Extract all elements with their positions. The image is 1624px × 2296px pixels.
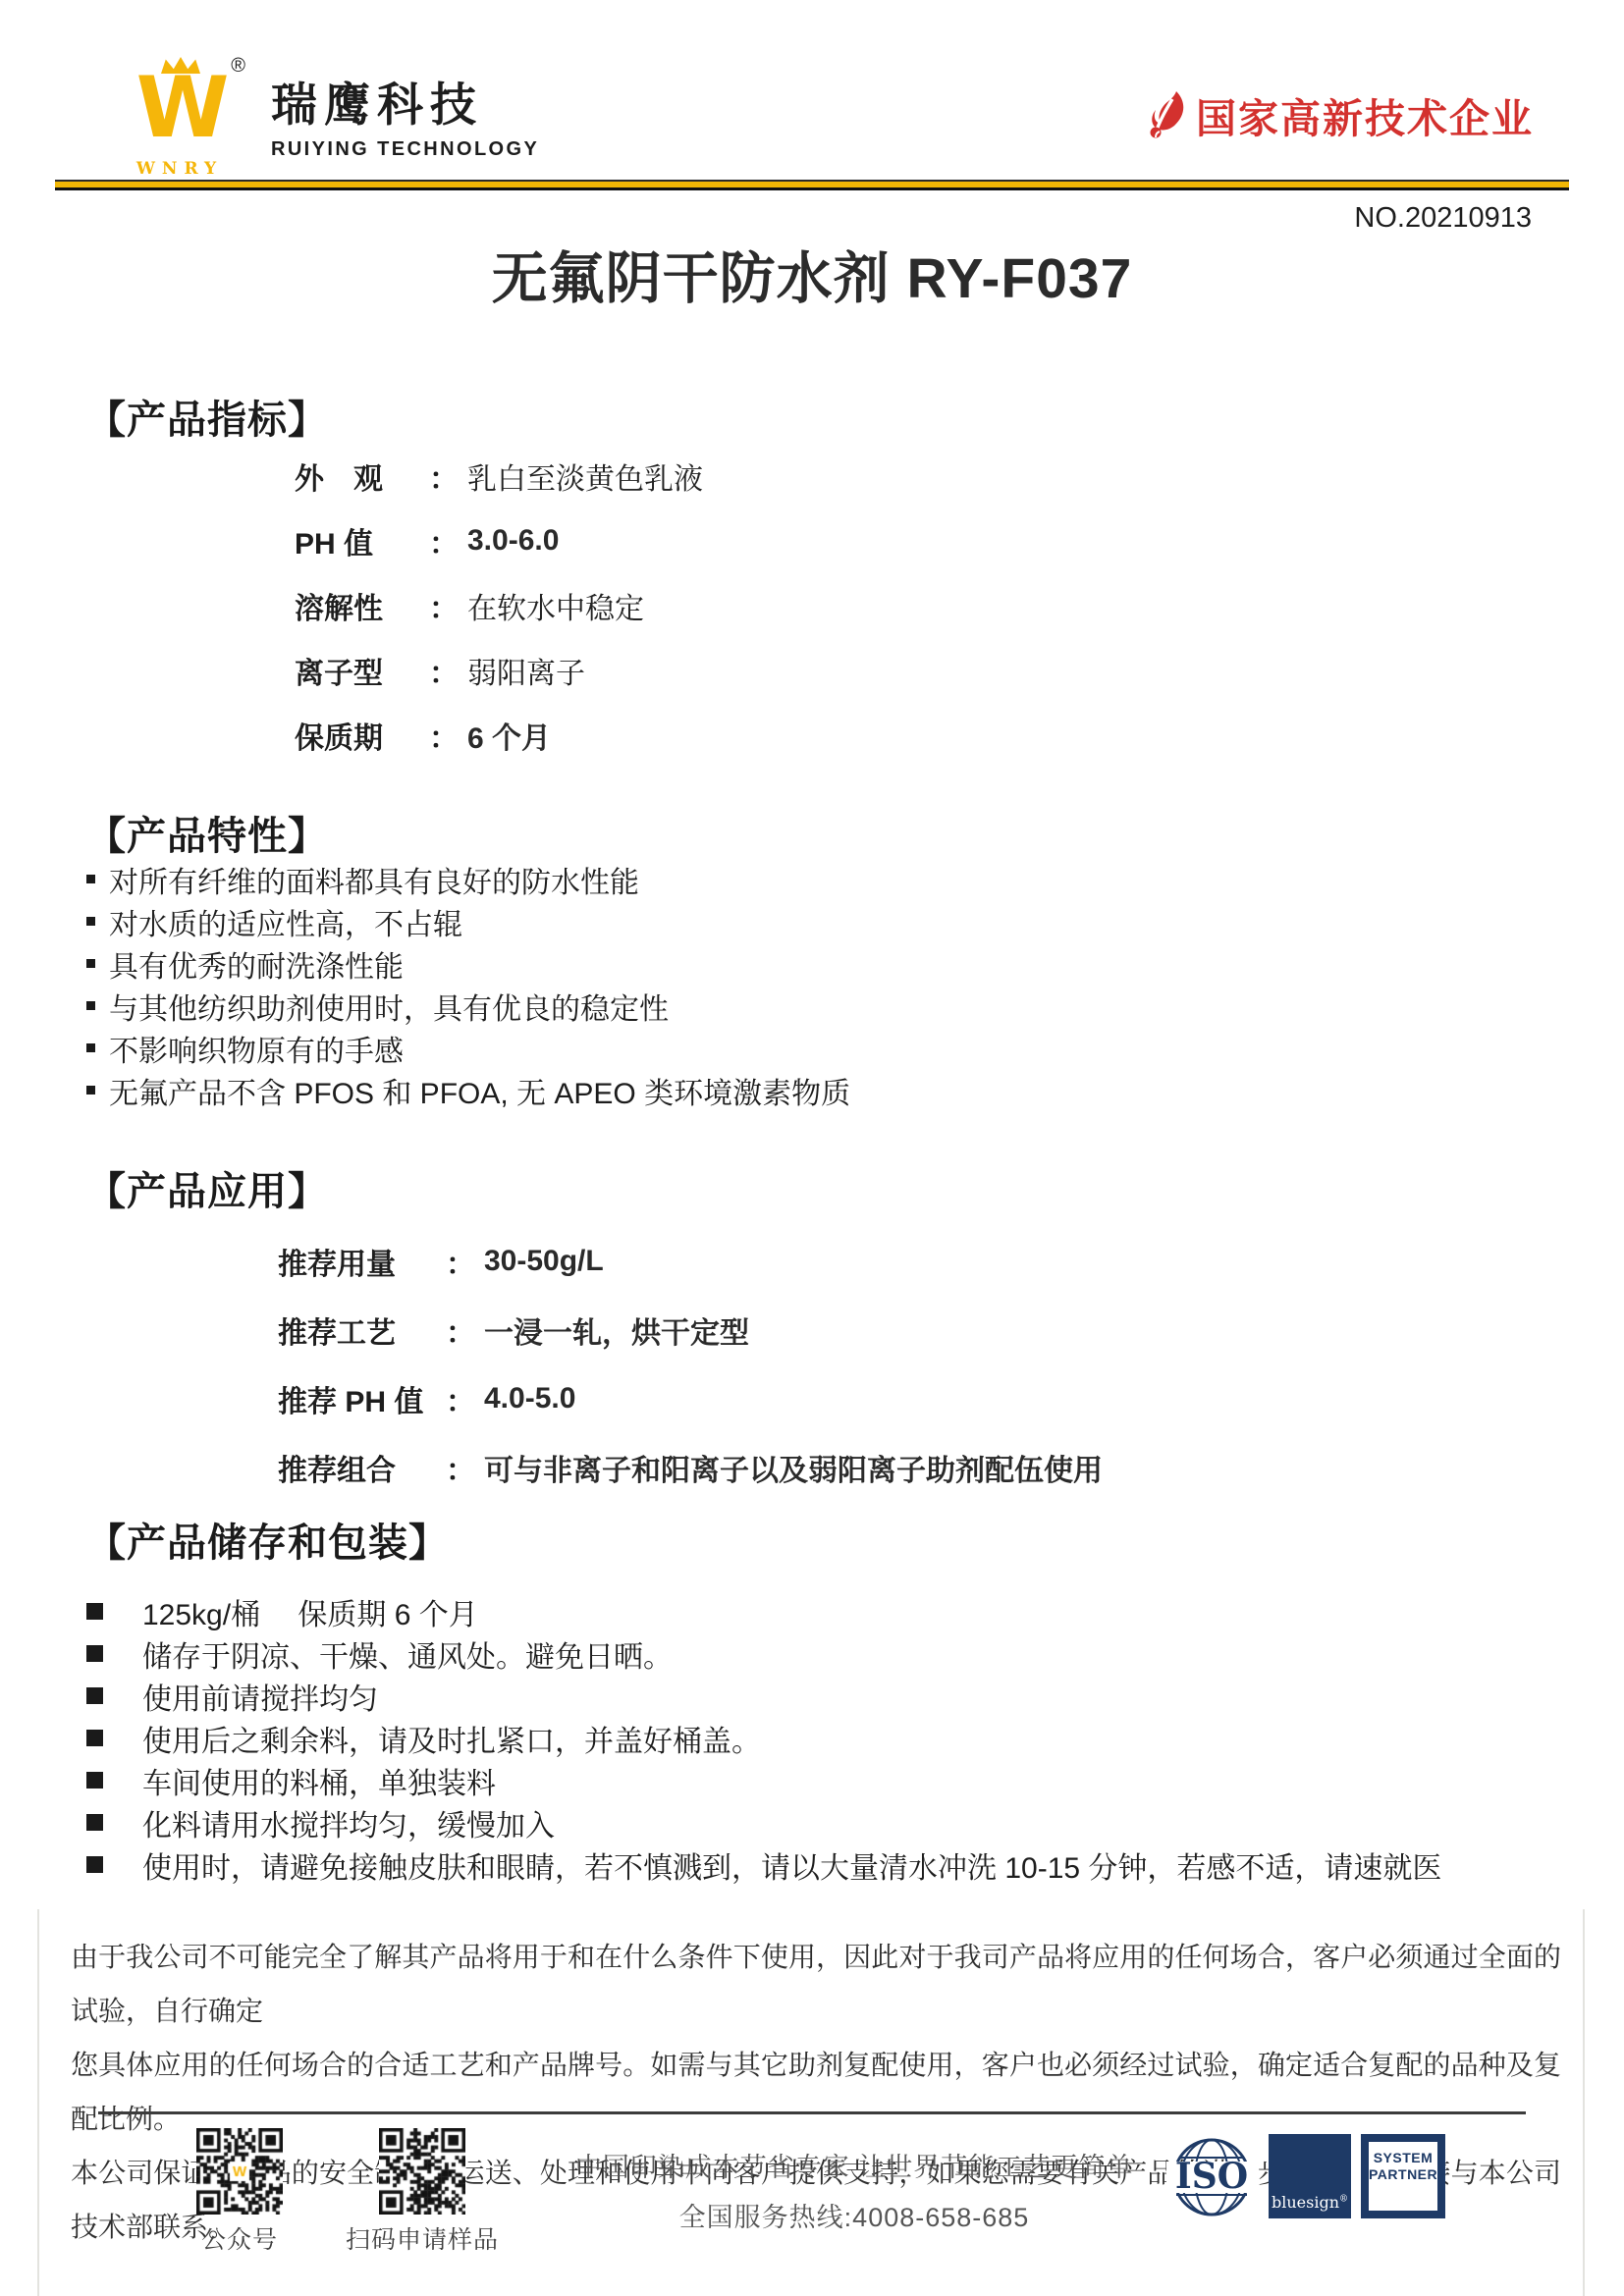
app-label: 推荐 PH 值	[278, 1377, 437, 1420]
list-item: 具有优秀的耐洗涤性能	[86, 942, 850, 985]
qr-block-sample-request: 扫码申请样品	[346, 2128, 499, 2256]
app-value: 30-50g/L	[484, 1245, 604, 1278]
feature-text: 对水质的适应性高，不占辊	[109, 900, 462, 943]
spec-label: 外 观	[295, 454, 420, 498]
logo-wnry-text: WNRY	[106, 159, 253, 179]
page-edge-line-right	[1583, 1909, 1585, 2296]
storage-text: 化料请用水搅拌均匀，缓慢加入	[142, 1801, 555, 1844]
table-row: 离子型 ： 弱阳离子	[295, 638, 703, 703]
disclaimer-line: 由于我公司不可能完全了解其产品将用于和在什么条件下使用，因此对于我司产品将应用的…	[71, 1930, 1561, 2038]
application-table: 推荐用量 ： 30-50g/L 推荐工艺 ： 一浸一轧，烘干定型 推荐 PH 值…	[278, 1227, 1103, 1502]
spec-label: PH 值	[295, 519, 420, 562]
bullet-square-icon	[86, 1043, 95, 1052]
table-row: 溶解性 ： 在软水中稳定	[295, 573, 703, 638]
storage-text: 储存于阴凉、干燥、通风处。避免日晒。	[142, 1632, 673, 1676]
document-number: NO.20210913	[1354, 202, 1532, 235]
table-row: 推荐 PH 值 ： 4.0-5.0	[278, 1364, 1103, 1433]
bullet-square-icon	[86, 1856, 103, 1873]
list-item: 对所有纤维的面料都具有良好的防水性能	[86, 858, 850, 900]
spec-label: 保质期	[295, 714, 420, 757]
footer-slogan: 中国印染成本节省专家 让世界节能工艺更简单	[550, 2146, 1159, 2184]
colon: ：	[437, 1240, 484, 1283]
list-item: 储存于阴凉、干燥、通风处。避免日晒。	[86, 1632, 1441, 1675]
storage-text: 使用前请搅拌均匀	[142, 1675, 378, 1718]
colon: ：	[437, 1446, 484, 1489]
footer-divider	[98, 2111, 1526, 2114]
company-logo: W ® WNRY 瑞鹰科技 RUIYING TECHNOLOGY	[106, 57, 539, 173]
spec-value: 乳白至淡黄色乳液	[467, 454, 703, 498]
table-row: PH 值 ： 3.0-6.0	[295, 508, 703, 573]
list-item: 与其他纺织助剂使用时，具有优良的稳定性	[86, 985, 850, 1027]
spec-value: 3.0-6.0	[467, 524, 559, 558]
feature-text: 对所有纤维的面料都具有良好的防水性能	[109, 858, 639, 901]
logo-text: 瑞鹰科技 RUIYING TECHNOLOGY	[271, 57, 539, 161]
table-row: 保质期 ： 6 个月	[295, 703, 703, 768]
section-heading-application: 【产品应用】	[86, 1160, 328, 1216]
spec-label: 溶解性	[295, 584, 420, 627]
product-title: 无氟阴干防水剂 RY-F037	[0, 234, 1624, 314]
bullet-square-icon	[86, 1001, 95, 1010]
feature-text: 不影响织物原有的手感	[109, 1027, 404, 1070]
page-header: W ® WNRY 瑞鹰科技 RUIYING TECHNOLOGY 国家高新技术企…	[106, 57, 1534, 173]
bullet-square-icon	[86, 1772, 103, 1789]
spec-table: 外 观 ： 乳白至淡黄色乳液 PH 值 ： 3.0-6.0 溶解性 ： 在软水中…	[295, 444, 703, 768]
qr-label: 公众号	[196, 2220, 283, 2256]
list-item: 使用前请搅拌均匀	[86, 1675, 1441, 1717]
section-heading-features: 【产品特性】	[86, 805, 328, 861]
spec-label: 离子型	[295, 649, 420, 692]
flame-icon	[1147, 89, 1188, 140]
colon: ：	[420, 649, 467, 692]
list-item: 化料请用水搅拌均匀，缓慢加入	[86, 1801, 1441, 1843]
feature-list: 对所有纤维的面料都具有良好的防水性能 对水质的适应性高，不占辊 具有优秀的耐洗涤…	[86, 858, 850, 1111]
datasheet-page: W ® WNRY 瑞鹰科技 RUIYING TECHNOLOGY 国家高新技术企…	[0, 0, 1624, 2296]
app-label: 推荐用量	[278, 1240, 437, 1283]
bluesign-logo: bluesign®	[1269, 2134, 1351, 2218]
header-divider	[55, 180, 1569, 190]
list-item: 使用时，请避免接触皮肤和眼睛，若不慎溅到，请以大量清水冲洗 10-15 分钟，若…	[86, 1843, 1441, 1886]
app-value: 可与非离子和阳离子以及弱阳离子助剂配伍使用	[484, 1446, 1103, 1489]
app-value: 一浸一轧，烘干定型	[484, 1308, 749, 1352]
disclaimer-line: 您具体应用的任何场合的合适工艺和产品牌号。如需与其它助剂复配使用，客户也必须经过…	[71, 2038, 1561, 2146]
qr-label: 扫码申请样品	[346, 2220, 499, 2256]
system-partner-logo: SYSTEM PARTNER	[1361, 2134, 1445, 2218]
app-label: 推荐工艺	[278, 1308, 437, 1352]
colon: ：	[420, 584, 467, 627]
bullet-square-icon	[86, 1645, 103, 1662]
logo-w-mark-icon: W ® WNRY	[106, 57, 253, 173]
company-name-en: RUIYING TECHNOLOGY	[271, 138, 539, 161]
hightech-enterprise-badge: 国家高新技术企业	[1147, 86, 1534, 144]
bullet-square-icon	[86, 1730, 103, 1746]
qr-block-official-account: 公众号	[196, 2128, 283, 2256]
storage-text: 车间使用的料桶，单独装料	[142, 1759, 496, 1802]
section-heading-storage: 【产品储存和包装】	[86, 1512, 449, 1568]
storage-text: 使用后之剩余料，请及时扎紧口，并盖好桶盖。	[142, 1717, 761, 1760]
table-row: 推荐组合 ： 可与非离子和阳离子以及弱阳离子助剂配伍使用	[278, 1433, 1103, 1502]
list-item: 不影响织物原有的手感	[86, 1027, 850, 1069]
bullet-square-icon	[86, 917, 95, 926]
feature-text: 无氟产品不含 PFOS 和 PFOA, 无 APEO 类环境激素物质	[109, 1069, 850, 1112]
storage-text: 125kg/桶 保质期 6 个月	[142, 1590, 478, 1633]
bullet-square-icon	[86, 1687, 103, 1704]
list-item: 125kg/桶 保质期 6 个月	[86, 1590, 1441, 1632]
feature-text: 具有优秀的耐洗涤性能	[109, 942, 404, 986]
spec-value: 在软水中稳定	[467, 584, 644, 627]
list-item: 无氟产品不含 PFOS 和 PFOA, 无 APEO 类环境激素物质	[86, 1069, 850, 1111]
bullet-square-icon	[86, 959, 95, 968]
registered-trademark-icon: ®	[231, 55, 245, 78]
app-value: 4.0-5.0	[484, 1382, 575, 1415]
colon: ：	[437, 1377, 484, 1420]
list-item: 使用后之剩余料，请及时扎紧口，并盖好桶盖。	[86, 1717, 1441, 1759]
bluesign-label: bluesign®	[1272, 2193, 1348, 2218]
qr-code-sample-request	[379, 2128, 465, 2215]
company-name-cn: 瑞鹰科技	[271, 69, 539, 134]
bullet-square-icon	[86, 1814, 103, 1831]
iso-logo-icon: ISO	[1166, 2136, 1257, 2218]
partner-line1: SYSTEM	[1369, 2150, 1437, 2166]
list-item: 车间使用的料桶，单独装料	[86, 1759, 1441, 1801]
list-item: 对水质的适应性高，不占辊	[86, 900, 850, 942]
colon: ：	[420, 454, 467, 498]
storage-list: 125kg/桶 保质期 6 个月 储存于阴凉、干燥、通风处。避免日晒。 使用前请…	[86, 1590, 1441, 1886]
footer-slogan-block: 中国印染成本节省专家 让世界节能工艺更简单 全国服务热线:4008-658-68…	[550, 2146, 1159, 2234]
partner-line2: PARTNER	[1369, 2166, 1437, 2183]
bullet-square-icon	[86, 1603, 103, 1620]
bullet-square-icon	[86, 875, 95, 883]
badge-label: 国家高新技术企业	[1196, 86, 1534, 144]
table-row: 外 观 ： 乳白至淡黄色乳液	[295, 444, 703, 508]
qr-code-official-account	[196, 2128, 283, 2215]
spec-value: 6 个月	[467, 714, 551, 757]
app-label: 推荐组合	[278, 1446, 437, 1489]
storage-text: 使用时，请避免接触皮肤和眼睛，若不慎溅到，请以大量清水冲洗 10-15 分钟，若…	[142, 1843, 1441, 1887]
feature-text: 与其他纺织助剂使用时，具有优良的稳定性	[109, 985, 669, 1028]
iso-text: ISO	[1175, 2156, 1248, 2197]
colon: ：	[437, 1308, 484, 1352]
page-edge-line-left	[37, 1909, 39, 2296]
table-row: 推荐工艺 ： 一浸一轧，烘干定型	[278, 1296, 1103, 1364]
section-heading-specs: 【产品指标】	[86, 389, 328, 445]
footer-hotline: 全国服务热线:4008-658-685	[550, 2196, 1159, 2234]
colon: ：	[420, 519, 467, 562]
table-row: 推荐用量 ： 30-50g/L	[278, 1227, 1103, 1296]
colon: ：	[420, 714, 467, 757]
bullet-square-icon	[86, 1086, 95, 1095]
spec-value: 弱阳离子	[467, 649, 585, 692]
